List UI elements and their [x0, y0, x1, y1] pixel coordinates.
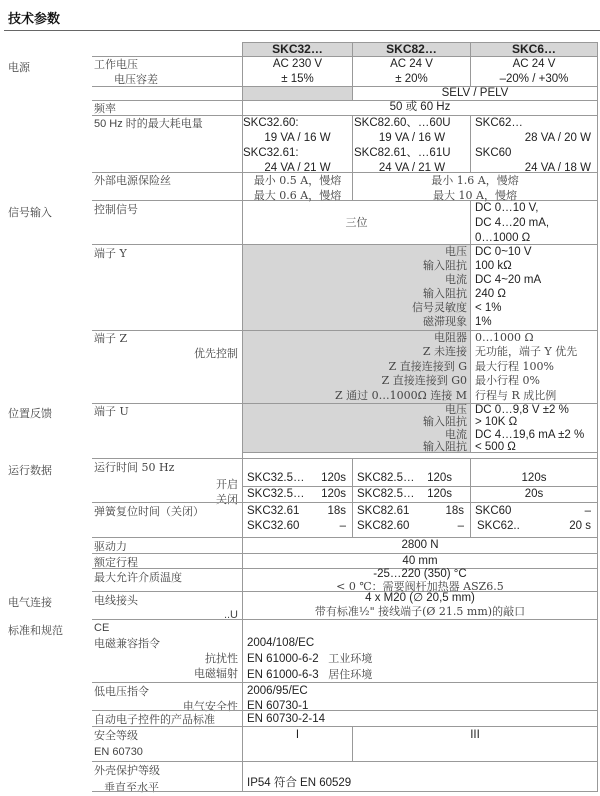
- label-ce: CE: [94, 621, 240, 636]
- voltage-skc82: AC 24 V ± 20%: [353, 57, 470, 87]
- terminal-u-params: 电压 输入阻抗 电流 输入阻抗: [243, 404, 467, 453]
- category-standards: 标准和规范: [8, 622, 63, 638]
- label-frequency: 频率: [94, 101, 240, 116]
- col-divider: [470, 200, 471, 452]
- runtime-close-skc6: 20s: [471, 487, 597, 502]
- model: SKC82.60: [357, 519, 409, 534]
- label-operating-voltage: 工作电压 电压容差: [94, 57, 240, 87]
- param: 电流: [243, 273, 467, 287]
- control-three-position: 三位: [243, 215, 470, 230]
- value: > 10K Ω: [475, 416, 597, 428]
- label-text: 工作电压: [94, 57, 240, 72]
- time: –: [585, 504, 591, 519]
- value: AC 24 V: [353, 57, 470, 72]
- safety-class-others: III: [353, 728, 597, 743]
- runtime-open-skc32: SKC32.5… 120s: [243, 471, 352, 486]
- category-signal-input: 信号输入: [8, 204, 52, 220]
- emission-env: 居住环境: [328, 668, 372, 681]
- tolerance: ± 15%: [243, 72, 352, 87]
- category-electrical: 电气连接: [8, 594, 52, 610]
- spring-return-skc82: SKC82.6118s SKC82.60–: [353, 504, 470, 534]
- value: 0…1000 Ω: [475, 331, 597, 345]
- row-divider: [92, 458, 598, 459]
- terminal-y-params: 电压 输入阻抗 电流 输入阻抗 信号灵敏度 磁滞现象: [243, 245, 467, 329]
- col-divider: [470, 115, 471, 172]
- temp-note: < 0 ℃：需要阀杆加热器 ASZ6.5: [243, 581, 597, 593]
- category-operating-data: 运行数据: [8, 462, 52, 478]
- title-divider: [4, 30, 600, 31]
- row-divider: [92, 619, 598, 620]
- time: 18s: [327, 504, 346, 519]
- value: AC 230 V: [243, 57, 352, 72]
- model: SKC32.61:: [243, 146, 352, 161]
- cable-knockout: 带有标准½" 接线端子(Ø 21.5 mm)的敲口: [243, 605, 597, 618]
- param: Z 直接连接到 G0: [243, 374, 467, 388]
- time: 18s: [445, 504, 464, 519]
- emc-values: 2004/108/EC EN 61000-6-2 工业环境 EN 61000-6…: [247, 636, 597, 683]
- signal-option: DC 4…20 mA,: [475, 216, 597, 231]
- time: 120s: [427, 487, 452, 502]
- label-text: 安全等级: [94, 728, 240, 743]
- value: 19 VA / 16 W: [243, 131, 352, 146]
- voltage-skc32: AC 230 V ± 15%: [243, 57, 352, 87]
- cable-gland: 4 x M20 (∅ 20,5 mm): [243, 592, 597, 605]
- param: 输入阻抗: [243, 287, 467, 301]
- immunity-std: EN 61000-6-2: [247, 653, 319, 665]
- time: 20 s: [569, 519, 591, 534]
- product-std-value: EN 60730-2-14: [247, 712, 597, 727]
- signal-option: 0…1000 Ω: [475, 231, 597, 246]
- value: 最小行程 0%: [475, 374, 597, 388]
- model: SKC32.5…: [247, 487, 305, 502]
- label-terminal-y: 端子 Y: [94, 246, 240, 261]
- terminal-z-values: 0…1000 Ω 无功能，端子 Y 优先 最大行程 100% 最小行程 0% 行…: [475, 331, 597, 403]
- label-emission: 电磁辐射: [94, 666, 240, 681]
- time: 120s: [427, 471, 452, 486]
- lvd-values: 2006/95/EC EN 60730-1: [247, 684, 597, 714]
- label-consumption: 50 Hz 时的最大耗电量: [94, 117, 240, 132]
- model: SKC62..: [477, 519, 520, 534]
- param: Z 通过 0…1000Ω 连接 M: [243, 389, 467, 403]
- voltage-skc6: AC 24 V –20% / +30%: [471, 57, 597, 87]
- consumption-skc82: SKC82.60、…60U 19 VA / 16 W SKC82.61、…61U…: [354, 116, 470, 176]
- label-sub: 垂直至水平: [94, 780, 240, 795]
- label-immunity: 抗扰性: [94, 651, 240, 666]
- time: 120s: [321, 471, 346, 486]
- terminal-u-values: DC 0…9,8 V ±2 % > 10K Ω DC 4…19,6 mA ±2 …: [475, 404, 597, 453]
- selv-blank-shade: [242, 86, 352, 100]
- runtime-close-skc32: SKC32.5… 120s: [243, 487, 352, 502]
- runtime-close-skc82: SKC82.5… 120s: [353, 487, 470, 502]
- value: AC 24 V: [471, 57, 597, 72]
- fuse-skc32: 最小 0.5 A，慢熔 最大 0.6 A，慢熔: [243, 173, 352, 203]
- label-sub: 电压容差: [94, 72, 240, 87]
- protection-value: IP54 符合 EN 60529: [247, 776, 597, 791]
- model: SKC32.5…: [247, 471, 305, 486]
- model: SKC82.5…: [357, 471, 415, 486]
- param: 输入阻抗: [243, 416, 467, 428]
- label-force: 驱动力: [94, 539, 240, 554]
- time: –: [458, 519, 464, 534]
- label-text: 低电压指令: [94, 684, 240, 699]
- param: Z 直接连接到 G: [243, 360, 467, 374]
- label-terminal-u: 端子 U: [94, 404, 240, 419]
- selv-pelv: SELV / PELV: [353, 86, 597, 101]
- safety-class-skc32: I: [243, 728, 352, 743]
- label-fuse: 外部电源保险丝: [94, 173, 240, 188]
- emission-std: EN 61000-6-3: [247, 669, 319, 681]
- value: DC 4~20 mA: [475, 273, 597, 287]
- model: SKC60: [475, 146, 597, 161]
- column-header-skc82: SKC82…: [353, 42, 470, 57]
- model: SKC32.60: [247, 519, 299, 534]
- label-text: 端子 Z: [94, 331, 240, 346]
- param: Z 未连接: [243, 345, 467, 359]
- spring-return-skc6: SKC60– SKC62..20 s: [471, 504, 597, 534]
- page-title: 技术参数: [8, 8, 60, 27]
- control-skc6: DC 0…10 V, DC 4…20 mA, 0…1000 Ω: [475, 201, 597, 246]
- lvd-directive: 2006/95/EC: [247, 684, 597, 699]
- terminal-z-params: 电阻器 Z 未连接 Z 直接连接到 G Z 直接连接到 G0 Z 通过 0…10…: [243, 331, 467, 403]
- tolerance: –20% / +30%: [471, 72, 597, 87]
- value: 240 Ω: [475, 287, 597, 301]
- label-medium-temp: 最大允许介质温度: [94, 570, 240, 585]
- immunity-env: 工业环境: [328, 652, 372, 665]
- param: 电阻器: [243, 331, 467, 345]
- model: SKC32.60:: [243, 116, 352, 131]
- time: –: [340, 519, 346, 534]
- terminal-y-values: DC 0~10 V 100 kΩ DC 4~20 mA 240 Ω < 1% 1…: [475, 245, 597, 329]
- column-header-skc6: SKC6…: [471, 42, 597, 57]
- column-header-skc32: SKC32…: [243, 42, 352, 57]
- label-text: 运行时间 50 Hz: [94, 460, 240, 475]
- runtime-open-skc6: 120s: [471, 471, 597, 486]
- label-run-time: 运行时间 50 Hz 开启 关闭: [94, 460, 240, 507]
- value: DC 0~10 V: [475, 245, 597, 259]
- frequency-value: 50 或 60 Hz: [243, 100, 597, 115]
- medium-temp-value: -25…220 (350) °C < 0 ℃：需要阀杆加热器 ASZ6.5: [243, 569, 597, 592]
- label-emc: 电磁兼容指令 抗扰性 电磁辐射: [94, 636, 240, 681]
- consumption-skc6: SKC62… 28 VA / 20 W SKC60 24 VA / 18 W: [475, 116, 597, 176]
- time: 120s: [321, 487, 346, 502]
- label-priority: 优先控制: [94, 346, 240, 361]
- signal-option: DC 0…10 V,: [475, 201, 597, 216]
- label-terminal-z: 端子 Z 优先控制: [94, 331, 240, 361]
- label-control-signal: 控制信号: [94, 202, 240, 217]
- value: 19 VA / 16 W: [354, 131, 470, 146]
- param: 输入阻抗: [243, 259, 467, 273]
- model: SKC60: [475, 504, 511, 519]
- model: SKC82.61、…61U: [354, 146, 470, 161]
- fuse-max: 最大 0.6 A，慢熔: [243, 188, 352, 203]
- tolerance: ± 20%: [353, 72, 470, 87]
- param: 输入阻抗: [243, 441, 467, 453]
- label-sub: EN 60730: [94, 745, 240, 760]
- stroke-value: 40 mm: [243, 554, 597, 569]
- model: SKC82.5…: [357, 487, 415, 502]
- model: SKC82.61: [357, 504, 409, 519]
- value: 最大行程 100%: [475, 360, 597, 374]
- fuse-min: 最小 1.6 A，慢熔: [353, 173, 597, 188]
- consumption-skc32: SKC32.60: 19 VA / 16 W SKC32.61: 24 VA /…: [243, 116, 352, 176]
- value: DC 0…9,8 V ±2 %: [475, 404, 597, 416]
- spring-return-skc32: SKC32.6118s SKC32.60–: [243, 504, 352, 534]
- label-text: 外壳保护等级: [94, 763, 240, 778]
- param: 电压: [243, 245, 467, 259]
- value: < 1%: [475, 301, 597, 315]
- category-position-feedback: 位置反馈: [8, 405, 52, 421]
- label-spring-return: 弹簧复位时间（关闭）: [94, 504, 240, 519]
- value: DC 4…19,6 mA ±2 %: [475, 429, 597, 441]
- param: 磁滞现象: [243, 315, 467, 329]
- force-value: 2800 N: [243, 538, 597, 553]
- label-safety-class: 安全等级 EN 60730: [94, 728, 240, 760]
- row-divider: [92, 502, 598, 503]
- row-divider: [92, 761, 598, 762]
- model: SKC32.61: [247, 504, 299, 519]
- value: 1%: [475, 315, 597, 329]
- value: < 500 Ω: [475, 441, 597, 453]
- value: 100 kΩ: [475, 259, 597, 273]
- cable-value: 4 x M20 (∅ 20,5 mm) 带有标准½" 接线端子(Ø 21.5 m…: [243, 592, 597, 618]
- param: 信号灵敏度: [243, 301, 467, 315]
- label-product-std: 自动电子控件的产品标准: [94, 712, 240, 727]
- label-open: 开启: [94, 477, 240, 492]
- category-power: 电源: [8, 59, 30, 75]
- model: SKC62…: [475, 116, 597, 131]
- row-divider: [92, 791, 598, 792]
- value: 无功能，端子 Y 优先: [475, 345, 597, 359]
- value: 行程与 R 成比例: [475, 389, 597, 403]
- model: SKC82.60、…60U: [354, 116, 470, 131]
- runtime-open-skc82: SKC82.5… 120s: [353, 471, 470, 486]
- value: 28 VA / 20 W: [475, 131, 597, 146]
- temp-range: -25…220 (350) °C: [243, 569, 597, 581]
- label-text: 电线接头: [94, 593, 240, 608]
- label-text: 电磁兼容指令: [94, 636, 240, 651]
- col-divider: [597, 42, 598, 791]
- emc-directive: 2004/108/EC: [247, 636, 597, 651]
- fuse-min: 最小 0.5 A，慢熔: [243, 173, 352, 188]
- fuse-others: 最小 1.6 A，慢熔 最大 10 A，慢熔: [353, 173, 597, 203]
